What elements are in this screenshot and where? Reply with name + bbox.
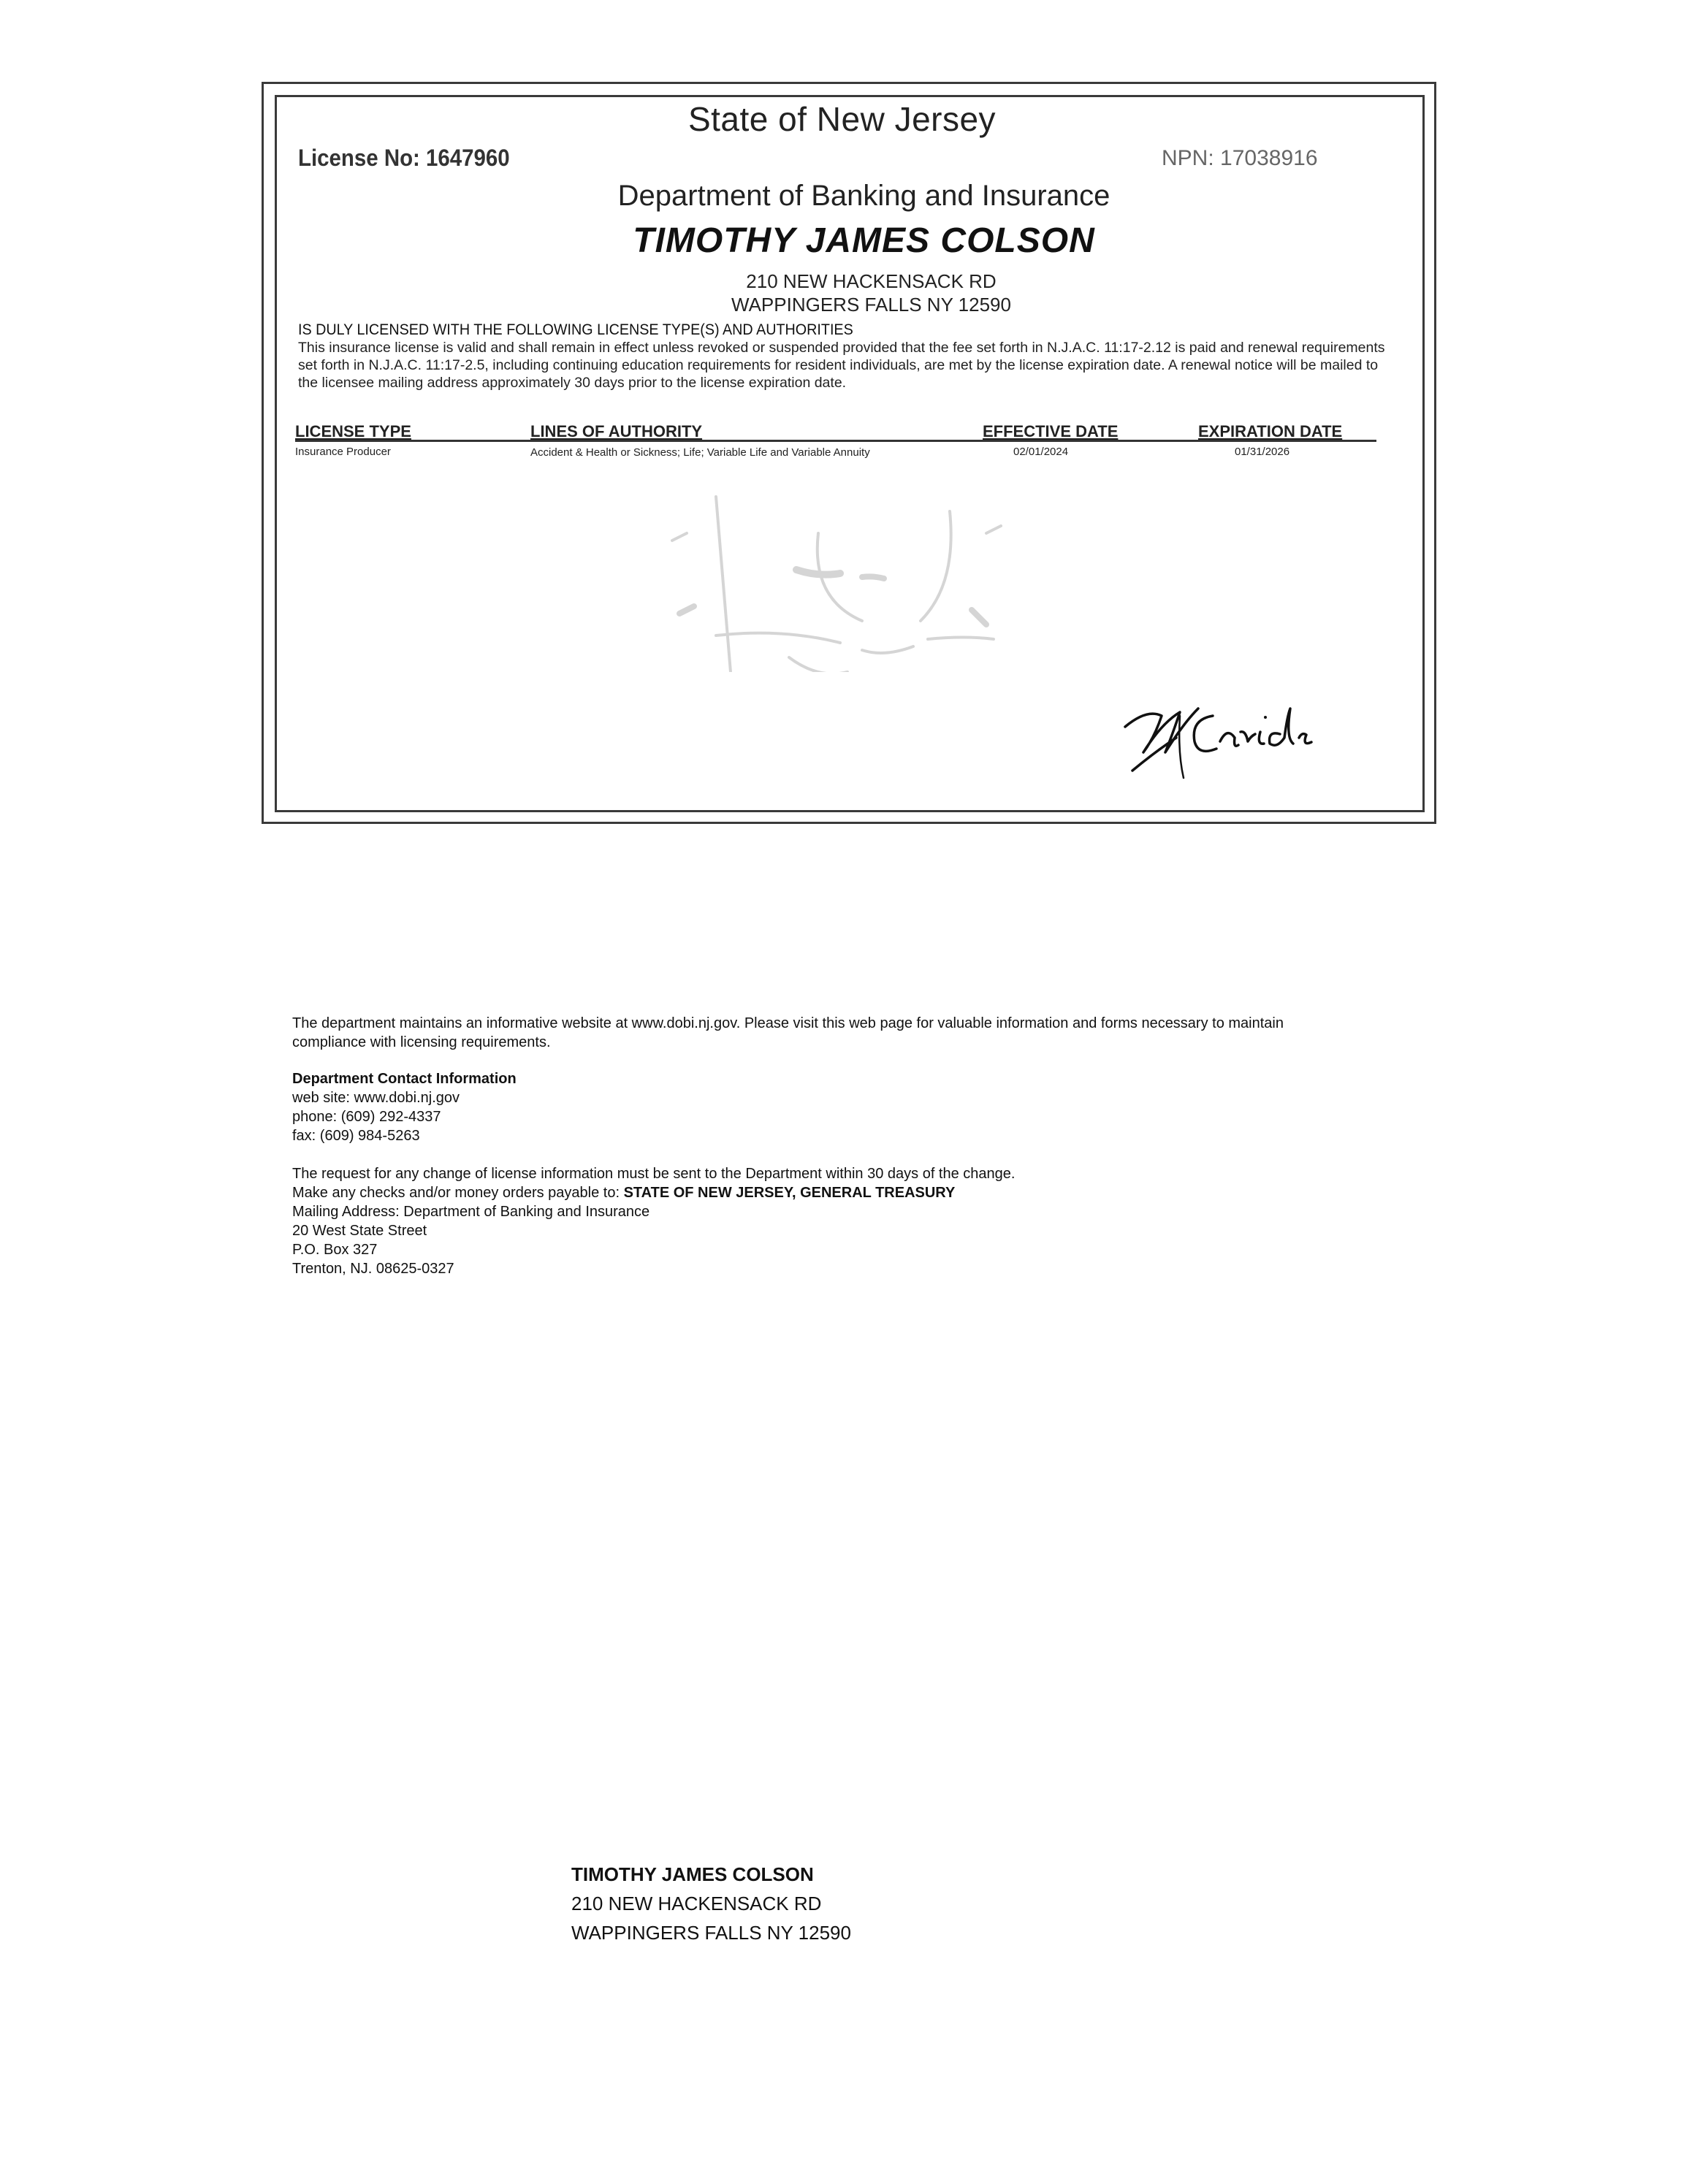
- contact-website: web site: www.dobi.nj.gov: [292, 1088, 517, 1107]
- duly-licensed-statement: IS DULY LICENSED WITH THE FOLLOWING LICE…: [298, 321, 853, 339]
- mailing-po-box: P.O. Box 327: [292, 1240, 1015, 1259]
- cell-expiration-date: 01/31/2026: [1235, 446, 1289, 458]
- mailing-city: Trenton, NJ. 08625-0327: [292, 1259, 1015, 1278]
- recipient-name: TIMOTHY JAMES COLSON: [571, 1860, 851, 1889]
- cell-effective-date: 02/01/2024: [1013, 446, 1068, 458]
- mailing-address-label: Mailing Address: Department of Banking a…: [292, 1202, 1015, 1221]
- validity-text: This insurance license is valid and shal…: [298, 339, 1401, 392]
- contact-fax: fax: (609) 984-5263: [292, 1126, 517, 1145]
- contact-header: Department Contact Information: [292, 1069, 517, 1088]
- change-and-payment-info: The request for any change of license in…: [292, 1164, 1015, 1278]
- recipient-address-line1: 210 NEW HACKENSACK RD: [571, 1889, 851, 1918]
- npn-value: 17038916: [1220, 146, 1317, 170]
- table-header-divider: [295, 440, 1376, 442]
- license-number-label: License No:: [298, 145, 420, 171]
- licensee-address-line1: 210 NEW HACKENSACK RD: [0, 270, 1684, 293]
- department-title: Department of Banking and Insurance: [0, 180, 1684, 213]
- header-expiration-date: EXPIRATION DATE: [1198, 422, 1342, 441]
- npn-number: NPN: 17038916: [1162, 146, 1318, 171]
- website-notice: The department maintains an informative …: [292, 1014, 1359, 1052]
- payable-line: Make any checks and/or money orders paya…: [292, 1183, 1015, 1202]
- licensee-name: TIMOTHY JAMES COLSON: [0, 221, 1684, 261]
- header-license-type: LICENSE TYPE: [295, 422, 411, 441]
- header-lines-of-authority: LINES OF AUTHORITY: [530, 422, 702, 441]
- change-notice: The request for any change of license in…: [292, 1164, 1015, 1183]
- state-seal-icon: [621, 467, 1059, 672]
- department-contact-info: Department Contact Information web site:…: [292, 1069, 517, 1145]
- recipient-address-line2: WAPPINGERS FALLS NY 12590: [571, 1918, 851, 1947]
- license-number: License No: 1647960: [298, 145, 510, 172]
- payable-to: STATE OF NEW JERSEY, GENERAL TREASURY: [624, 1185, 956, 1201]
- npn-label: NPN:: [1162, 146, 1214, 170]
- license-number-value: 1647960: [426, 145, 510, 171]
- mailing-street: 20 West State Street: [292, 1221, 1015, 1240]
- signature-icon: [1110, 687, 1344, 789]
- cell-lines-of-authority: Accident & Health or Sickness; Life; Var…: [530, 446, 940, 459]
- recipient-mailing-block: TIMOTHY JAMES COLSON 210 NEW HACKENSACK …: [571, 1860, 851, 1947]
- header-effective-date: EFFECTIVE DATE: [983, 422, 1118, 441]
- licensee-address-line2: WAPPINGERS FALLS NY 12590: [0, 294, 1684, 316]
- state-title: State of New Jersey: [0, 99, 1684, 139]
- contact-phone: phone: (609) 292-4337: [292, 1107, 517, 1126]
- cell-license-type: Insurance Producer: [295, 446, 391, 458]
